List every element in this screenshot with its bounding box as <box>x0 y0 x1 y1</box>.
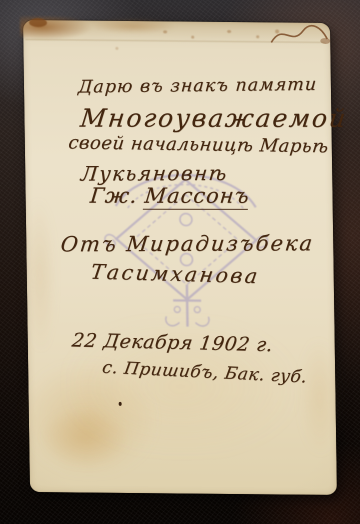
inscription-line-5-name: Гж.Массонъ <box>89 184 251 208</box>
inscription-line-7-surname: Тасимханова <box>89 260 261 289</box>
stain-left-edge <box>23 200 57 350</box>
inscription-line-2: Многоуважаемой <box>79 104 349 133</box>
honorific-abbreviation: Гж. <box>89 184 139 208</box>
foxing-fleck <box>115 47 118 50</box>
inscription-line-3: своей начальницѣ Марьѣ <box>67 132 330 157</box>
inscription-line-6-from: Отъ Мирадизъбека <box>59 231 315 256</box>
ink-dot <box>119 402 122 406</box>
inscription-line-1: Дарю въ знакъ памяти <box>77 75 317 98</box>
inscription-line-4-patronymic: Лукьяновнѣ <box>80 161 229 186</box>
surname-underlined: Массонъ <box>143 184 251 210</box>
photo-card: Дарю въ знакъ памяти Многоуважаемой свое… <box>23 20 337 495</box>
inscription-place: с. Пришибъ, Бак. губ. <box>101 358 309 388</box>
inscription-date: 22 Декабря 1902 г. <box>70 329 274 356</box>
corner-crease-mark <box>269 20 332 55</box>
stain-right-edge <box>300 341 340 453</box>
leather-background: Дарю въ знакъ памяти Многоуважаемой свое… <box>0 0 360 524</box>
foxing-bottom-left-inner <box>43 408 128 467</box>
